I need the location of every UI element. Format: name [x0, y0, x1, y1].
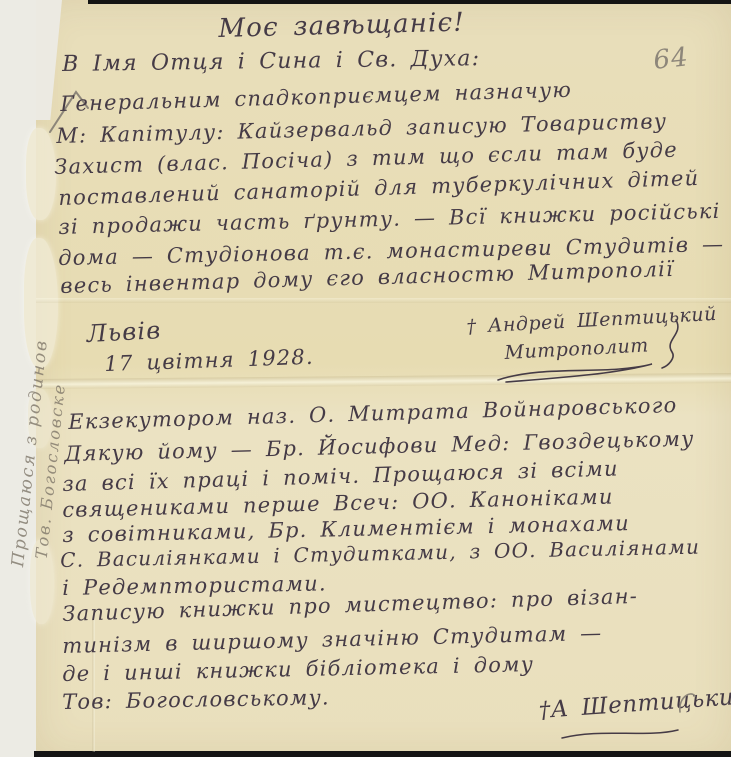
photo-border-top [88, 0, 731, 4]
dateline-place: Львів [86, 316, 162, 348]
manuscript-line: Тов: Богословському. [62, 685, 330, 714]
scanned-document: 64 Моє завѣщаніє! В Імя Отця і Сина і Св… [0, 0, 731, 757]
photo-border-bottom [34, 751, 731, 757]
folio-number: 64 [652, 42, 690, 76]
